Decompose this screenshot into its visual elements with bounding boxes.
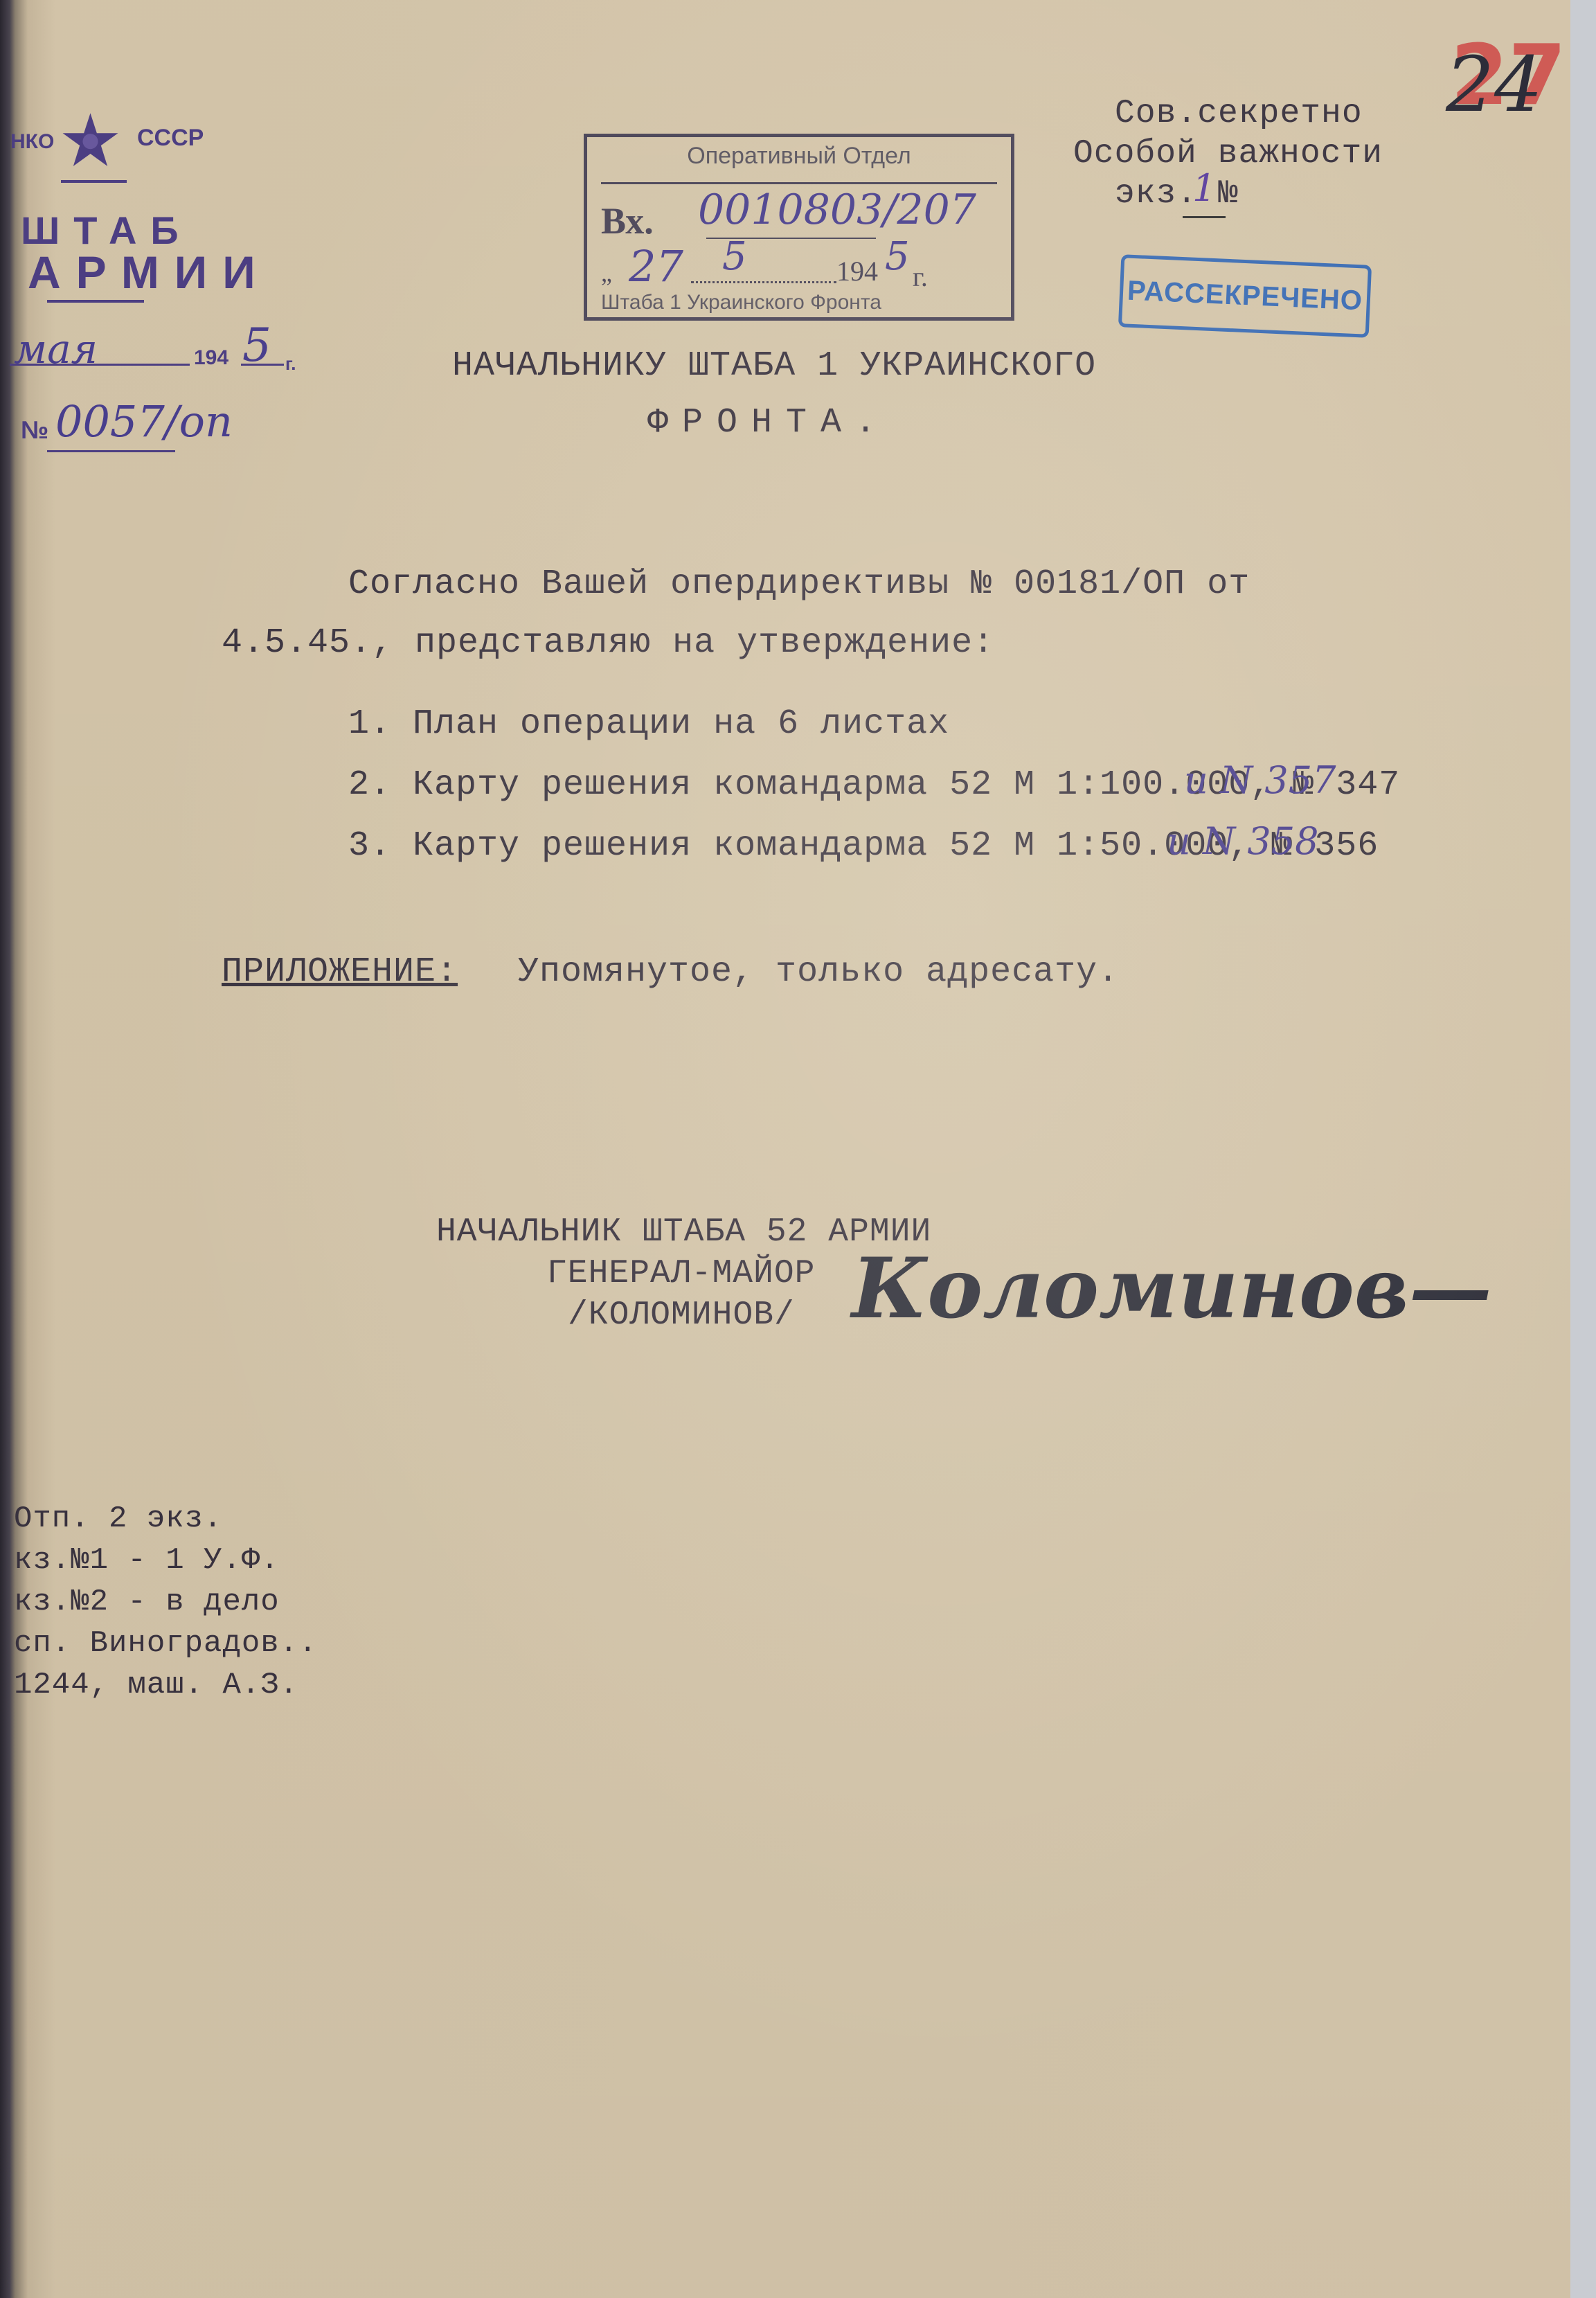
classification-line1: Сов.секретно [1115, 95, 1363, 132]
header-year-printed: 194 [194, 346, 228, 370]
list-item-handwritten: и N 357 [1184, 758, 1336, 802]
incoming-day: 27 [629, 241, 683, 292]
distribution-line: 1244, маш. А.З. [14, 1668, 298, 1702]
header-year-line [241, 364, 284, 366]
incoming-quote: „ [601, 258, 612, 287]
classification-line3: экз. № [1115, 175, 1239, 213]
body-line1: Согласно Вашей опердирективы № 00181/ОП … [348, 564, 1250, 604]
list-item-handwritten: и N 358 [1167, 819, 1318, 863]
header-date-line [10, 364, 190, 366]
header-number-line [47, 450, 175, 452]
copy-number: 1 [1192, 166, 1216, 210]
distribution-line: кз.№2 - в дело [14, 1585, 280, 1619]
header-year-suffix: г. [285, 353, 296, 375]
incoming-stamp: Оперативный Отдел Вх. 0010803/207 „ 27 5… [584, 134, 1014, 321]
signature-title2: ГЕНЕРАЛ-МАЙОР [547, 1255, 815, 1292]
page-number-ink: 24 [1446, 40, 1543, 129]
list-item: 1. План операции на 6 листах [348, 704, 949, 744]
signature-name: /КОЛОМИНОВ/ [568, 1297, 795, 1334]
handwritten-signature: Коломинов— [852, 1240, 1492, 1337]
declassified-stamp: РАССЕКРЕЧЕНО [1118, 254, 1372, 338]
incoming-footer: Штаба 1 Украинского Фронта [601, 291, 881, 314]
addressee-line1: НАЧАЛЬНИКУ ШТАБА 1 УКРАИНСКОГО [452, 346, 1096, 386]
incoming-separator [601, 182, 997, 184]
enclosure-text: Упомянутое, только адресату. [518, 952, 1119, 992]
header-armii: АРМИИ [28, 246, 271, 299]
incoming-year-printed: 194 [836, 255, 878, 287]
incoming-year-suffix: г. [913, 260, 928, 293]
addressee-line2: ФРОНТА. [647, 403, 890, 443]
enclosure-label: ПРИЛОЖЕНИЕ: [222, 952, 458, 992]
header-divider [47, 300, 144, 303]
header-org-right: СССР [137, 125, 204, 152]
classification-line2: Особой важности [1073, 135, 1383, 172]
header-number-sign: № [21, 416, 48, 445]
distribution-line: Отп. 2 экз. [14, 1502, 222, 1536]
header-org-left: НКО [10, 130, 54, 154]
incoming-department: Оперативный Отдел [587, 143, 1011, 170]
distribution-line: сп. Виноградов.. [14, 1626, 317, 1661]
header-outgoing-number: 0057/оп [55, 396, 233, 447]
body-line2: 4.5.45., представляю на утверждение: [222, 623, 994, 663]
distribution-line: кз.№1 - 1 У.Ф. [14, 1543, 280, 1578]
incoming-year-handwritten: 5 [885, 234, 910, 279]
star-emblem-icon [61, 111, 120, 170]
incoming-number: 0010803/207 [698, 186, 976, 234]
header-divider [61, 180, 127, 183]
incoming-prefix: Вх. [601, 199, 654, 242]
document-page: НКО СССР ШТАБ АРМИИ мая 194 5 г. № 0057/… [0, 0, 1570, 2298]
incoming-month: 5 [722, 234, 747, 279]
incoming-dotted-line [691, 281, 836, 283]
copy-number-line [1183, 216, 1226, 218]
